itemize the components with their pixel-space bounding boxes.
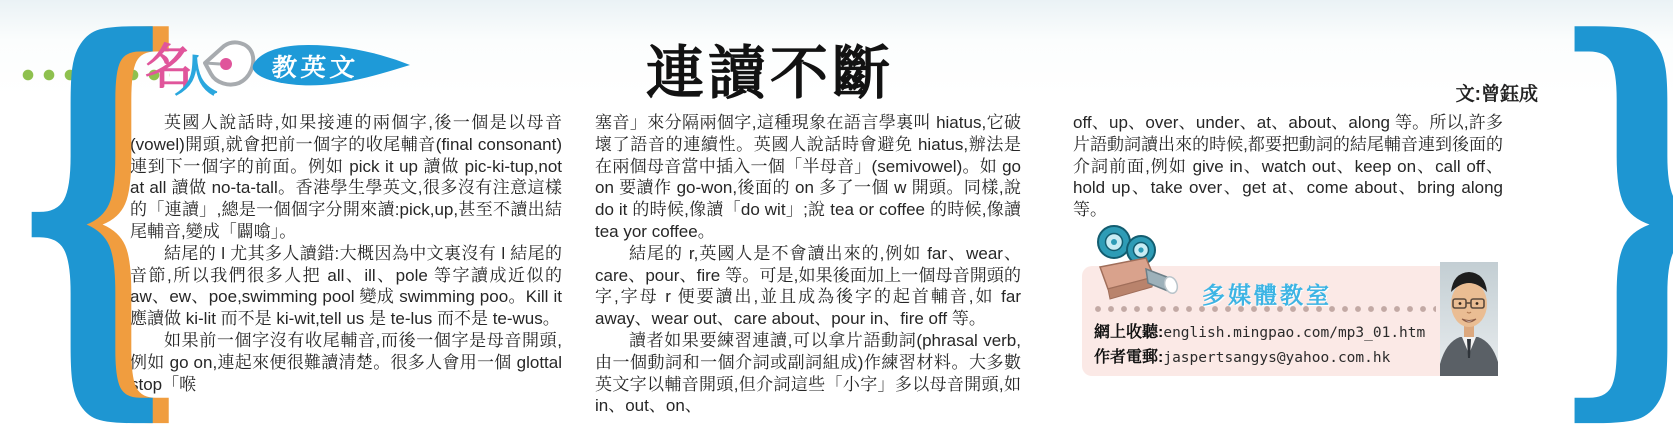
author-email-label: 作者電郵: (1094, 349, 1163, 366)
newspaper-clipping: { { } 名 人 教英文 連讀不斷 文:曾鈺成 英國人說話時,如果接連的兩個字… (0, 0, 1673, 425)
article-paragraph: 塞音」來分隔兩個字,這種現象在語言學裏叫 hiatus,它破壞了語音的連續性。英… (595, 112, 1021, 243)
right-brace-decoration: } (1548, 0, 1673, 418)
projector-icon (1090, 221, 1180, 309)
author-photo (1440, 262, 1498, 376)
article-paragraph: 結尾的 l 尤其多人讀錯:大概因為中文裏沒有 l 結尾的音節,所以我們很多人把 … (130, 243, 562, 330)
article-column-1: 英國人說話時,如果接連的兩個字,後一個是以母音(vowel)開頭,就會把前一個字… (130, 112, 562, 395)
article-paragraph: 讀者如果要練習連讀,可以拿片語動詞(phrasal verb,由一個動詞和一個介… (595, 330, 1021, 417)
listen-online-row: 網上收聽:english.mingpao.com/mp3_01.htm (1094, 319, 1425, 342)
pen-nib-icon (202, 36, 256, 90)
listen-online-label: 網上收聽: (1094, 324, 1163, 341)
article-paragraph: off、up、over、under、at、about、along 等。所以,許多… (1073, 112, 1503, 221)
logo-banner-text: 教英文 (271, 48, 361, 84)
article-column-3: off、up、over、under、at、about、along 等。所以,許多… (1073, 112, 1503, 221)
article-paragraph: 結尾的 r,英國人是不會讀出來的,例如 far、wear、care、pour、f… (595, 243, 1021, 330)
listen-online-url: english.mingpao.com/mp3_01.htm (1163, 325, 1425, 341)
article-paragraph: 如果前一個字沒有收尾輔音,而後一個字是母音開頭,例如 go on,連起來便很難讀… (130, 330, 562, 395)
article-column-2: 塞音」來分隔兩個字,這種現象在語言學裏叫 hiatus,它破壞了語音的連續性。英… (595, 112, 1021, 417)
byline: 文:曾鈺成 (1340, 79, 1538, 106)
author-email-row: 作者電郵:jaspertsangys@yahoo.com.hk (1094, 344, 1390, 367)
column-logo: 名 人 教英文 (145, 30, 415, 96)
author-email-address: jaspertsangys@yahoo.com.hk (1163, 350, 1390, 366)
article-paragraph: 英國人說話時,如果接連的兩個字,後一個是以母音(vowel)開頭,就會把前一個字… (130, 112, 562, 243)
